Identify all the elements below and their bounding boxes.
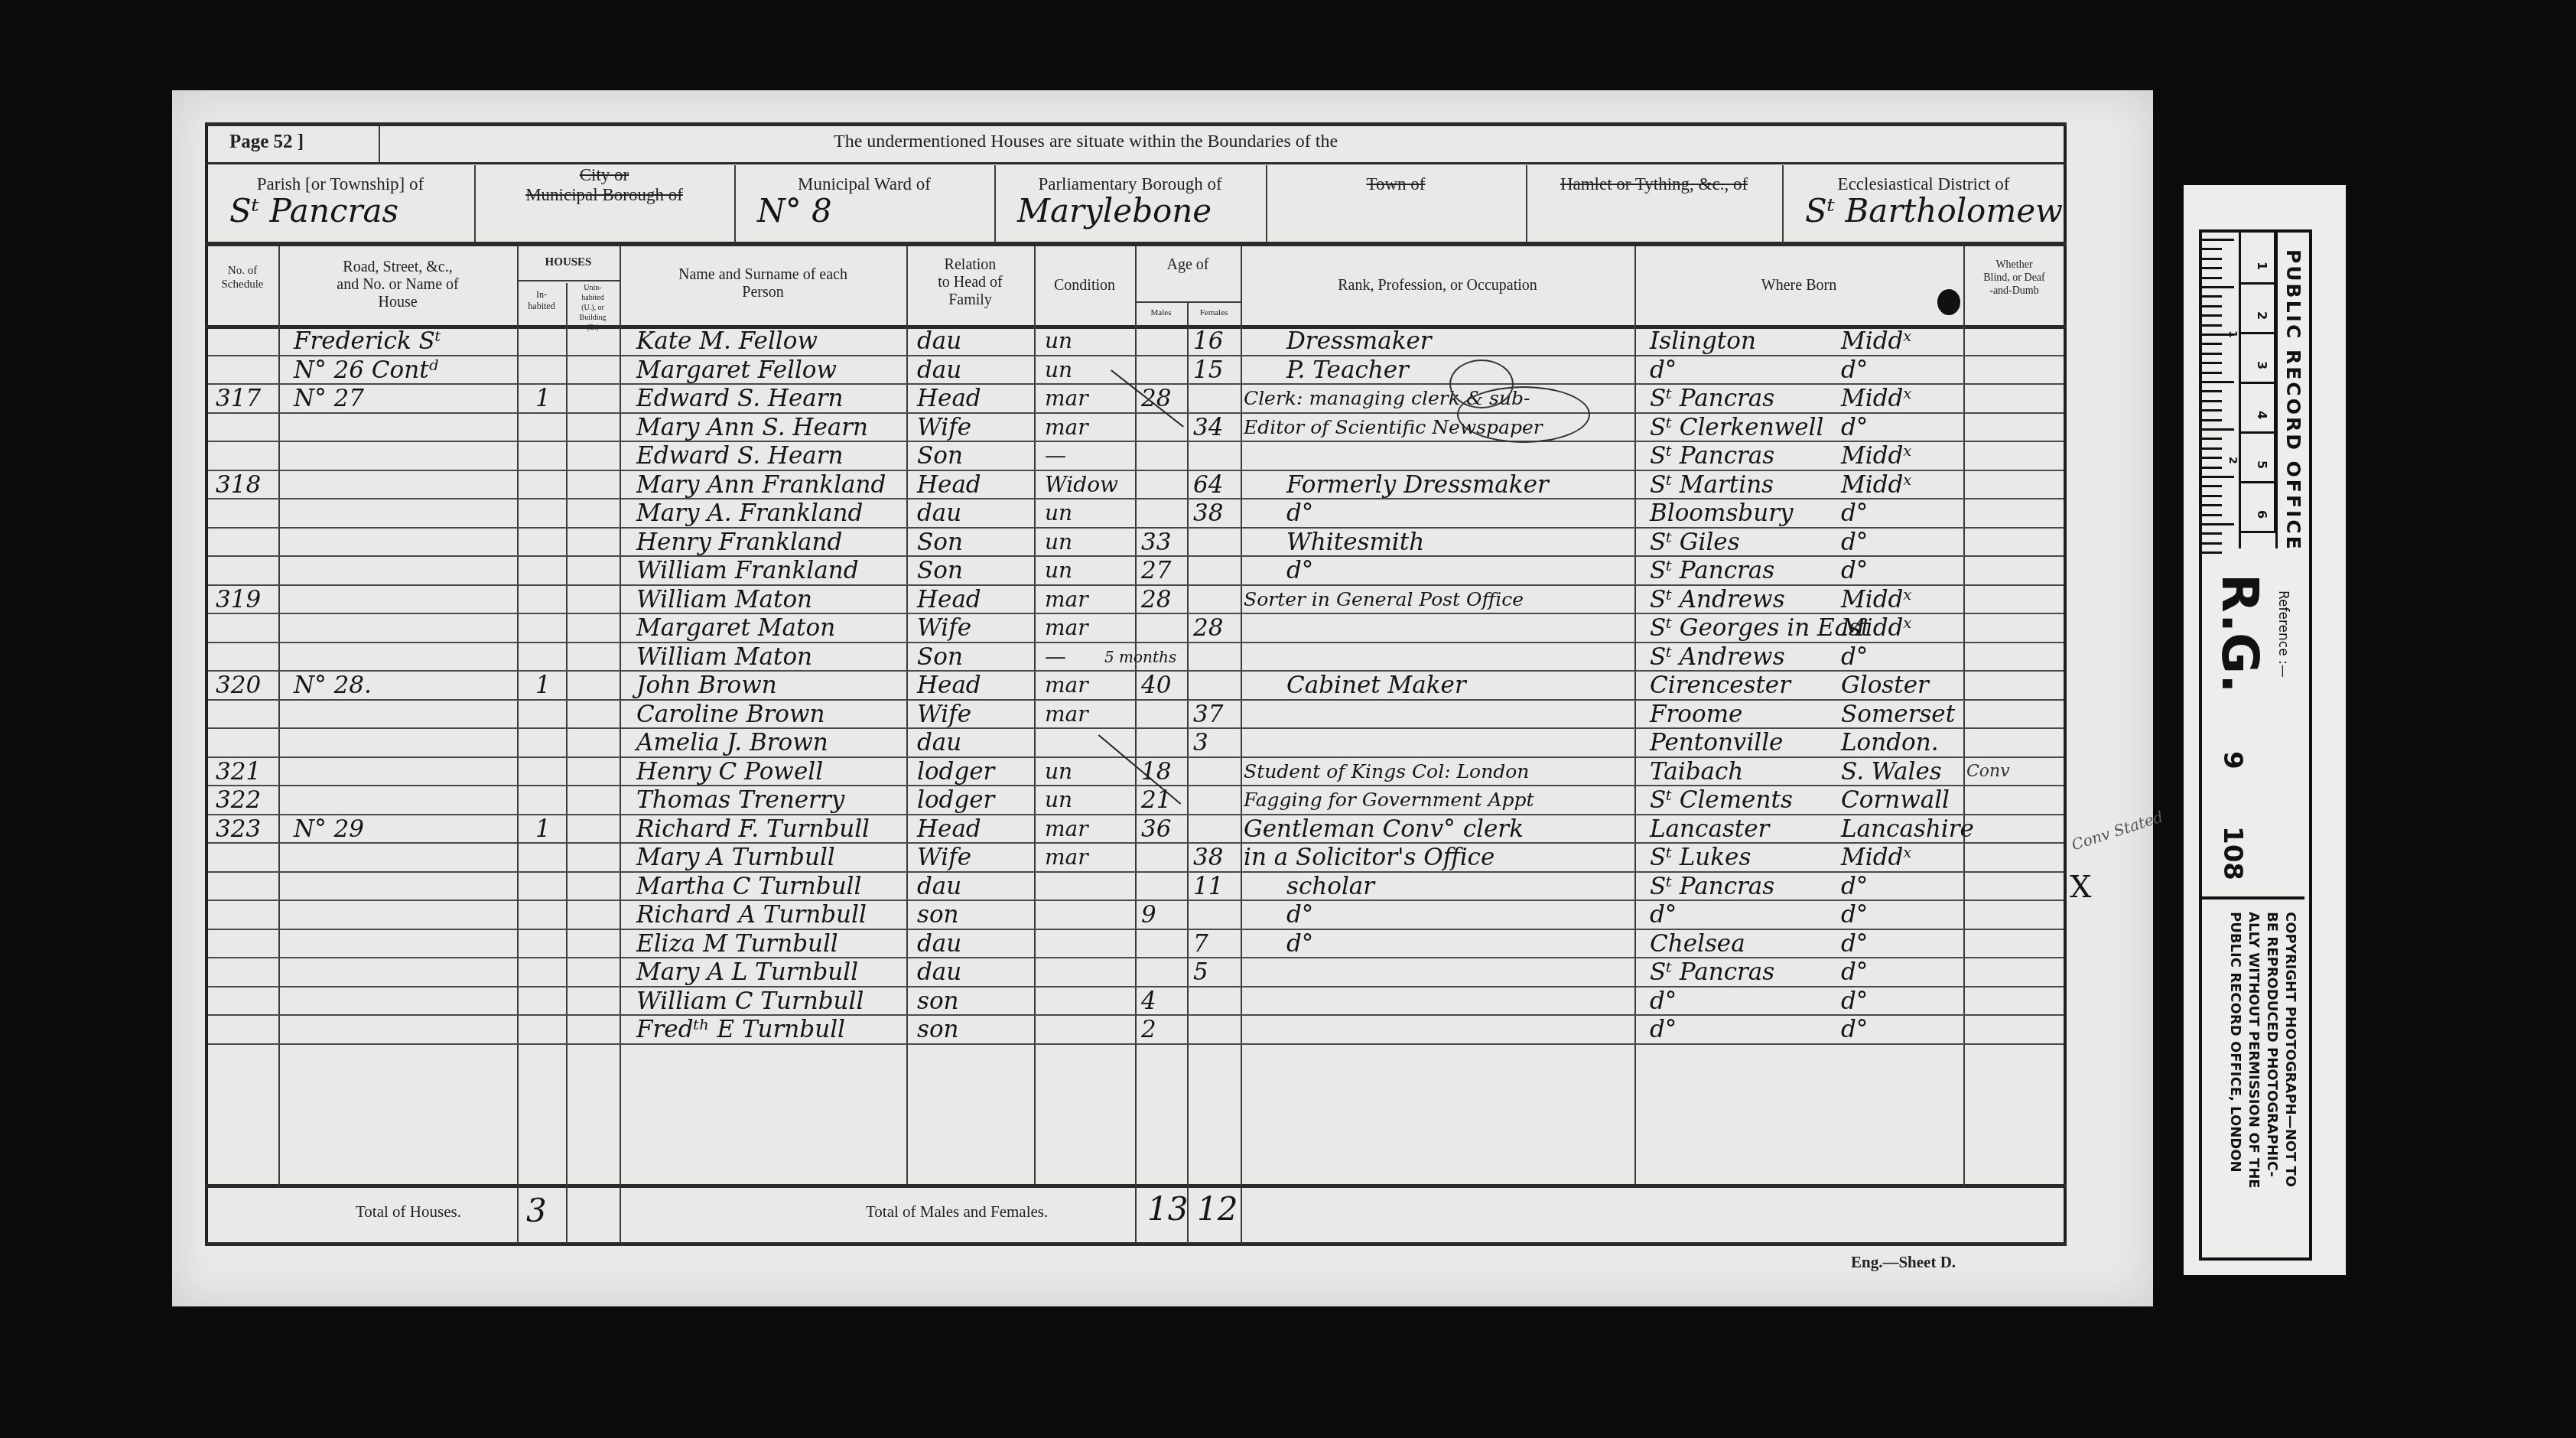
cell-rel: dau — [917, 729, 961, 756]
cell-note: Conv — [1966, 758, 2010, 786]
cell-born_place: d° — [1650, 1016, 1677, 1043]
ruler-tick — [2202, 476, 2234, 478]
copyright-line: ALLY WITHOUT PERMISSION OF THE — [2246, 912, 2262, 1189]
row-rule — [208, 555, 2064, 557]
cell-rel: Son — [917, 529, 963, 556]
cell-occ: Cabinet Maker — [1286, 672, 1466, 699]
cell-road: N° 28. — [294, 672, 372, 699]
cell-born_county: Middˣ — [1841, 327, 1911, 355]
cell-born_county: d° — [1841, 987, 1868, 1015]
cell-born_county: d° — [1841, 529, 1868, 556]
cell-born_place: Sᵗ Pancras — [1650, 442, 1774, 470]
cell-f: 5 — [1193, 958, 1208, 986]
cell-rel: Wife — [917, 414, 971, 441]
ruler-box — [2240, 332, 2276, 384]
cell-cond: un — [1045, 356, 1072, 384]
cell-name: Mary A. Frankland — [636, 499, 863, 527]
cell-born_county: Middˣ — [1841, 385, 1911, 412]
cell-rel: Wife — [917, 701, 971, 728]
ruler-box — [2240, 431, 2276, 483]
cell-f: 7 — [1193, 930, 1208, 958]
cell-occ: in a Solicitor's Office — [1244, 844, 1495, 871]
ruler-tick — [2202, 324, 2222, 327]
row-rule — [208, 470, 2064, 471]
column-divider — [1187, 303, 1189, 1186]
ruler-box — [2240, 233, 2276, 285]
cell-f: 16 — [1193, 327, 1223, 355]
cell-rel: Head — [917, 385, 981, 412]
cell-f: 11 — [1193, 873, 1223, 900]
reference-piece: 108 — [2217, 826, 2248, 880]
col-road-line: Road, Street, &c., — [278, 259, 517, 276]
strip-divider — [2200, 896, 2304, 900]
ruler-tick — [2202, 504, 2222, 506]
cell-born_place: Sᵗ Pancras — [1650, 557, 1774, 584]
row-rule — [208, 1043, 2064, 1045]
cell-sched: 317 — [216, 385, 261, 412]
col-road-line: House — [278, 294, 517, 311]
cell-occ: Formerly Dressmaker — [1286, 471, 1549, 499]
cell-born_county: d° — [1841, 414, 1868, 441]
column-divider — [906, 246, 908, 1186]
cell-cond: mar — [1045, 672, 1088, 699]
cell-rel: Head — [917, 672, 981, 699]
cell-name: Caroline Brown — [636, 701, 825, 728]
ruler-tick — [2202, 400, 2222, 402]
cell-m: 40 — [1141, 672, 1171, 699]
ruler-tick — [2202, 438, 2222, 440]
cell-born_county: Middˣ — [1841, 844, 1911, 871]
row-rule — [208, 383, 2064, 385]
cell-rel: Son — [917, 442, 963, 470]
cell-name: Henry C Powell — [636, 758, 823, 786]
cell-rel: Son — [917, 557, 963, 584]
col-condition: Condition — [1034, 277, 1135, 294]
cell-cond: un — [1045, 327, 1072, 355]
ruler-tick — [2202, 390, 2222, 392]
cell-name: Richard F. Turnbull — [636, 815, 870, 843]
cell-born_place: Sᵗ Clerkenwell — [1650, 414, 1823, 441]
cell-born_county: d° — [1841, 930, 1868, 958]
cell-cond: un — [1045, 529, 1072, 556]
total-males-value: 13 — [1147, 1196, 1188, 1223]
cell-born_place: Sᵗ Clements — [1650, 786, 1793, 814]
record-office-strip: 12345612 PUBLIC RECORD OFFICE Reference … — [2184, 185, 2346, 1275]
cell-f: 28 — [1193, 614, 1223, 642]
reference-label: Reference :— — [2275, 590, 2291, 678]
col-relation-line: Relation — [906, 256, 1034, 274]
strip-title: PUBLIC RECORD OFFICE — [2282, 249, 2304, 551]
cell-occ: Fagging for Government Appt — [1244, 786, 1534, 814]
ruler-cm-label: 4 — [2255, 411, 2269, 419]
cell-occ: d° — [1286, 901, 1313, 929]
houses-subrule — [517, 280, 620, 281]
row-rule — [208, 727, 2064, 729]
cell-born_place: Taibach — [1650, 758, 1743, 786]
col-relation: Relationto Head ofFamily — [906, 256, 1034, 309]
cell-f: 37 — [1193, 701, 1223, 728]
ruler-tick — [2202, 381, 2234, 383]
col-road-line: and No. or Name of — [278, 276, 517, 294]
cell-cond: mar — [1045, 586, 1088, 613]
ruler-tick — [2202, 372, 2222, 374]
cell-rel: Wife — [917, 844, 971, 871]
col-uninhabited-line: Unin- — [566, 283, 620, 293]
cell-rel: Head — [917, 815, 981, 843]
ruler-tick — [2202, 457, 2222, 459]
copyright-line: BE REPRODUCED PHOTOGRAPHIC- — [2264, 912, 2280, 1177]
boundary-label-line: City or — [474, 165, 734, 185]
cell-occ: scholar — [1286, 873, 1374, 900]
cell-sched: 321 — [216, 758, 261, 786]
row-rule — [208, 986, 2064, 987]
cell-name: William Maton — [636, 586, 812, 613]
cell-born_place: Bloomsbury — [1650, 499, 1793, 527]
col-occupation: Rank, Profession, or Occupation — [1241, 277, 1634, 294]
cell-occ: P. Teacher — [1286, 356, 1409, 384]
cell-born_place: Sᵗ Andrews — [1650, 643, 1785, 671]
cell-cond: mar — [1045, 844, 1088, 871]
cell-born_place: Cirencester — [1650, 672, 1791, 699]
cell-sched: 319 — [216, 586, 261, 613]
copyright-line: COPYRIGHT PHOTOGRAPH—NOT TO — [2282, 912, 2298, 1187]
ruler-inch-label: 2 — [2226, 457, 2239, 464]
page-label-divider — [379, 126, 380, 163]
cell-m: 9 — [1141, 901, 1156, 929]
cell-born_county: d° — [1841, 901, 1868, 929]
cell-name: Henry Frankland — [636, 529, 842, 556]
cell-m: 27 — [1141, 557, 1171, 584]
cell-born_place: d° — [1650, 901, 1677, 929]
blind-column-mark: X — [2070, 874, 2091, 901]
cell-name: Amelia J. Brown — [636, 729, 828, 756]
cell-born_county: Somerset — [1841, 701, 1955, 728]
cell-m: 28 — [1141, 586, 1171, 613]
column-divider — [1034, 246, 1036, 1186]
row-rule — [208, 871, 2064, 873]
ruler-cm-label: 2 — [2255, 311, 2269, 320]
ruler-inch-label: 1 — [2226, 330, 2239, 338]
ruler-tick — [2202, 428, 2234, 431]
cell-born_county: d° — [1841, 499, 1868, 527]
column-divider — [1135, 246, 1137, 1186]
col-inhabited-line: habited — [517, 301, 566, 312]
col-name-line: Name and Surname of each — [620, 266, 906, 284]
ruler-tick — [2202, 362, 2222, 364]
column-divider — [278, 246, 280, 1186]
cell-born_county: d° — [1841, 643, 1868, 671]
ruler-box — [2240, 481, 2276, 533]
cell-occ: Sorter in General Post Office — [1244, 586, 1524, 613]
cell-occ: Student of Kings Col: London — [1244, 758, 1529, 786]
cell-occ: Gentleman Conv° clerk — [1244, 815, 1524, 843]
column-divider — [1241, 246, 1242, 1186]
cell-rel: lodger — [917, 758, 994, 786]
ruler-tick — [2202, 447, 2222, 450]
ruler-tick — [2202, 532, 2222, 535]
reference-series: R.G. — [2210, 574, 2269, 693]
ruler-tick — [2202, 343, 2222, 345]
col-females: Females — [1187, 307, 1241, 318]
ruler-tick — [2202, 485, 2222, 487]
totals-divider — [620, 1187, 621, 1244]
col-schedule-line: No. of — [207, 264, 278, 278]
cell-born_place: Sᵗ Georges in East — [1650, 614, 1871, 642]
cell-cond: mar — [1045, 701, 1088, 728]
cell-road: N° 27 — [294, 385, 364, 412]
cell-rel: dau — [917, 356, 961, 384]
cell-name: Thomas Trenerry — [636, 786, 844, 814]
cell-cond: Widow — [1045, 471, 1118, 499]
column-divider — [1963, 246, 1965, 1186]
cell-name: Martha C Turnbull — [636, 873, 861, 900]
cell-born_county: d° — [1841, 557, 1868, 584]
ruler-box — [2240, 382, 2276, 434]
cell-born_county: Gloster — [1841, 672, 1929, 699]
cell-born_place: Froome — [1650, 701, 1742, 728]
column-divider — [620, 246, 621, 1186]
col-inhabited-line: In- — [517, 289, 566, 301]
cell-born_county: Cornwall — [1841, 786, 1950, 814]
col-houses: HOUSES — [517, 252, 620, 272]
row-rule — [208, 900, 2064, 901]
cell-born_county: London. — [1841, 729, 1939, 756]
cell-inh: 1 — [535, 385, 551, 412]
cell-cond: mar — [1045, 414, 1088, 441]
cell-born_place: Sᵗ Pancras — [1650, 958, 1774, 986]
reference-class: 9 — [2217, 751, 2248, 769]
cell-rel: Son — [917, 643, 963, 671]
cell-f: 64 — [1193, 471, 1223, 499]
ruler-tick — [2202, 409, 2222, 412]
col-uninhabited-line: Building — [566, 313, 620, 323]
cell-born_place: Sᵗ Pancras — [1650, 385, 1774, 412]
col-blind-line: Whether — [1963, 259, 2065, 272]
cell-born_county: Middˣ — [1841, 442, 1911, 470]
total-females-value: 12 — [1197, 1196, 1238, 1223]
row-rule — [208, 929, 2064, 930]
ruler-tick — [2202, 286, 2234, 288]
cell-cond: — — [1045, 442, 1066, 470]
row-rule — [208, 584, 2064, 586]
cell-cond: mar — [1045, 815, 1088, 843]
cell-rel: son — [917, 987, 959, 1015]
boundary-value: N° 8 — [757, 197, 832, 225]
cell-name: Edward S. Hearn — [636, 385, 844, 412]
ruler-tick — [2202, 495, 2222, 497]
cell-name: Margaret Fellow — [636, 356, 837, 384]
boundary-label: City orMunicipal Borough of — [474, 165, 734, 205]
cell-rel: son — [917, 901, 959, 929]
ruler-tick — [2202, 239, 2234, 241]
cell-f: 15 — [1193, 356, 1223, 384]
cell-rel: dau — [917, 930, 961, 958]
col-born: Where Born — [1634, 277, 1963, 294]
cell-occ: Whitesmith — [1286, 529, 1424, 556]
cell-name: Mary Ann S. Hearn — [636, 414, 868, 441]
cell-born_place: Pentonville — [1650, 729, 1783, 756]
row-rule — [208, 957, 2064, 958]
total-houses-label: Total of Houses. — [356, 1202, 461, 1222]
cell-name: William Maton — [636, 643, 812, 671]
boundary-label: Town of — [1266, 174, 1526, 194]
cell-cond: un — [1045, 499, 1072, 527]
ruler-tick — [2202, 267, 2222, 269]
boundary-value: Sᵗ Pancras — [229, 197, 398, 225]
ruler-tick — [2202, 514, 2222, 516]
row-rule — [208, 842, 2064, 844]
cell-occ: d° — [1286, 557, 1313, 584]
cell-name: John Brown — [636, 672, 777, 699]
cell-rel: lodger — [917, 786, 994, 814]
cell-occ: d° — [1286, 930, 1313, 958]
cell-m: 33 — [1141, 529, 1171, 556]
ruler-tick — [2202, 277, 2222, 279]
cell-born_place: Sᵗ Lukes — [1650, 844, 1751, 871]
ruler-tick — [2202, 314, 2222, 317]
cell-born_place: Sᵗ Martins — [1650, 471, 1774, 499]
col-blind: WhetherBlind, or Deaf-and-Dumb — [1963, 259, 2065, 298]
cell-rel: dau — [917, 958, 961, 986]
col-name-line: Person — [620, 284, 906, 301]
cell-rel: dau — [917, 499, 961, 527]
cell-cond: un — [1045, 557, 1072, 584]
ruler-cm-label: 5 — [2255, 460, 2269, 469]
col-schedule-line: Schedule — [207, 278, 278, 291]
cell-cond: un — [1045, 758, 1072, 786]
ruler-tick — [2202, 542, 2222, 545]
cell-f: 34 — [1193, 414, 1223, 441]
ruler-tick — [2202, 353, 2222, 355]
col-uninhabited-line: (U.), or — [566, 303, 620, 313]
cell-inh: 1 — [535, 672, 551, 699]
ruler-tick — [2202, 295, 2222, 298]
col-blind-line: -and-Dumb — [1963, 285, 2065, 298]
totals-divider — [1241, 1187, 1242, 1244]
cell-m: 36 — [1141, 815, 1171, 843]
ruler-tick — [2202, 467, 2222, 469]
cell-born_county: d° — [1841, 958, 1868, 986]
cell-road: Frederick Sᵗ — [294, 327, 441, 355]
ink-blot — [1937, 289, 1960, 315]
cell-sched: 320 — [216, 672, 261, 699]
cell-born_place: Sᵗ Andrews — [1650, 586, 1785, 613]
ruler-tick — [2202, 551, 2222, 554]
cell-name: William C Turnbull — [636, 987, 864, 1015]
col-name: Name and Surname of eachPerson — [620, 266, 906, 301]
cell-born_place: d° — [1650, 356, 1677, 384]
boundary-label: Hamlet or Tything, &c., of — [1526, 174, 1782, 194]
column-divider — [517, 246, 519, 1186]
column-divider — [1634, 246, 1636, 1186]
cell-born_county: Middˣ — [1841, 586, 1911, 613]
ruler-tick — [2202, 258, 2222, 260]
cell-name: Edward S. Hearn — [636, 442, 844, 470]
ruler-cm-label: 6 — [2255, 510, 2269, 519]
boundary-value: Marylebone — [1017, 197, 1212, 225]
sheet-footer: Eng.—Sheet D. — [1851, 1253, 1956, 1272]
cell-born_county: Middˣ — [1841, 614, 1911, 642]
cell-rel: Head — [917, 586, 981, 613]
ruler-cm-label: 3 — [2255, 361, 2269, 369]
cell-m: 18 — [1141, 758, 1171, 786]
cell-name: William Frankland — [636, 557, 858, 584]
col-relation-line: Family — [906, 291, 1034, 309]
col-uninhabited: Unin-habited(U.), orBuilding(B.) — [566, 283, 620, 333]
cell-name: Mary Ann Frankland — [636, 471, 886, 499]
total-houses-value: 3 — [526, 1197, 547, 1225]
cell-name: Mary A L Turnbull — [636, 958, 858, 986]
cell-name: Eliza M Turnbull — [636, 930, 838, 958]
col-schedule: No. ofSchedule — [207, 264, 278, 291]
row-rule — [208, 756, 2064, 758]
cell-inh: 1 — [535, 815, 551, 843]
cell-sched: 322 — [216, 786, 261, 814]
col-inhabited: In-habited — [517, 289, 566, 312]
cell-name: Fredᵗʰ E Turnbull — [636, 1016, 845, 1043]
total-persons-label: Total of Males and Females. — [866, 1202, 1048, 1222]
col-uninhabited-line: (B.) — [566, 323, 620, 333]
cell-born_place: Chelsea — [1650, 930, 1745, 958]
cell-f: 38 — [1193, 844, 1223, 871]
ruler-tick — [2202, 248, 2222, 250]
cell-cond: — — [1045, 643, 1066, 671]
cell-m: 5 months — [1104, 643, 1176, 671]
cell-born_county: Lancashire — [1841, 815, 1974, 843]
column-divider — [566, 283, 568, 1186]
cell-road: N° 29 — [294, 815, 364, 843]
cell-born_county: d° — [1841, 1016, 1868, 1043]
cell-rel: dau — [917, 327, 961, 355]
ruler-tick — [2202, 305, 2222, 307]
cell-born_place: Islington — [1650, 327, 1756, 355]
row-rule — [208, 355, 2064, 356]
cell-cond: mar — [1045, 614, 1088, 642]
ruler-tick — [2202, 419, 2222, 421]
circled-word-mark — [1449, 359, 1514, 408]
boundary-label-line: Municipal Borough of — [474, 185, 734, 205]
cell-name: Margaret Maton — [636, 614, 835, 642]
cell-rel: Head — [917, 471, 981, 499]
cell-m: 21 — [1141, 786, 1171, 814]
cell-name: Mary A Turnbull — [636, 844, 835, 871]
frame-top — [205, 122, 2067, 126]
col-uninhabited-line: habited — [566, 293, 620, 303]
ruler-tick — [2202, 523, 2234, 525]
banner-rule — [205, 162, 2067, 164]
ruler-cm-label: 1 — [2255, 262, 2269, 270]
cell-f: 3 — [1193, 729, 1208, 756]
cell-sched: 323 — [216, 815, 261, 843]
totals-divider — [566, 1187, 568, 1244]
col-males: Males — [1135, 307, 1187, 318]
age-subrule — [1135, 301, 1241, 303]
row-rule — [208, 1014, 2064, 1016]
totals-divider — [1135, 1187, 1137, 1244]
cell-born_place: Lancaster — [1650, 815, 1769, 843]
cell-born_county: S. Wales — [1841, 758, 1942, 786]
cell-born_place: Sᵗ Giles — [1650, 529, 1740, 556]
cell-born_county: d° — [1841, 873, 1868, 900]
col-relation-line: to Head of — [906, 274, 1034, 291]
cell-m: 2 — [1141, 1016, 1156, 1043]
banner-text: The undermentioned Houses are situate wi… — [834, 132, 1338, 152]
col-road: Road, Street, &c.,and No. or Name ofHous… — [278, 259, 517, 311]
cell-occ: Dressmaker — [1286, 327, 1432, 355]
col-age: Age of — [1135, 256, 1241, 274]
copyright-line: PUBLIC RECORD OFFICE, LONDON — [2227, 912, 2243, 1173]
cell-road: N° 26 Contᵈ — [294, 356, 438, 384]
